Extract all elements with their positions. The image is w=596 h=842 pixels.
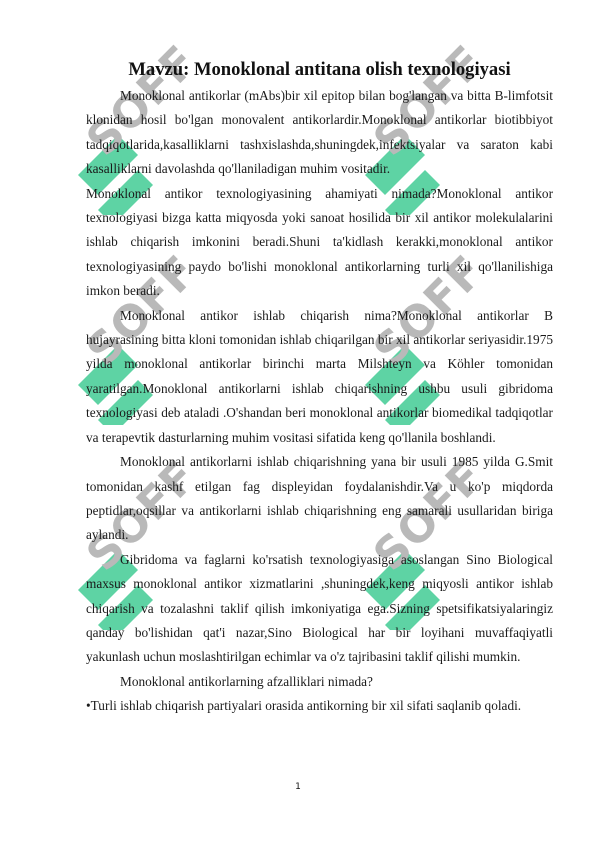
paragraph: Monoklonal antikor texnologiyasining aha… [86, 182, 553, 304]
paragraph: Monoklonal antikorlarni ishlab chiqarish… [86, 450, 553, 548]
paragraph: Monoklonal antikor ishlab chiqarish nima… [86, 304, 553, 450]
document-body: Mavzu: Monoklonal antitana olish texnolo… [86, 58, 553, 719]
paragraph: Gibridoma va faglarni ko'rsatish texnolo… [86, 548, 553, 670]
bullet-item: •Turli ishlab chiqarish partiyalari oras… [86, 694, 553, 718]
paragraph: Monoklonal antikorlar (mAbs)bir xil epit… [86, 84, 553, 182]
section-question: Monoklonal antikorlarning afzalliklari n… [86, 670, 553, 694]
page-number: 1 [0, 782, 596, 792]
document-page: SOFF SOFF SOFF SOFF [0, 0, 596, 842]
document-title: Mavzu: Monoklonal antitana olish texnolo… [86, 58, 553, 82]
